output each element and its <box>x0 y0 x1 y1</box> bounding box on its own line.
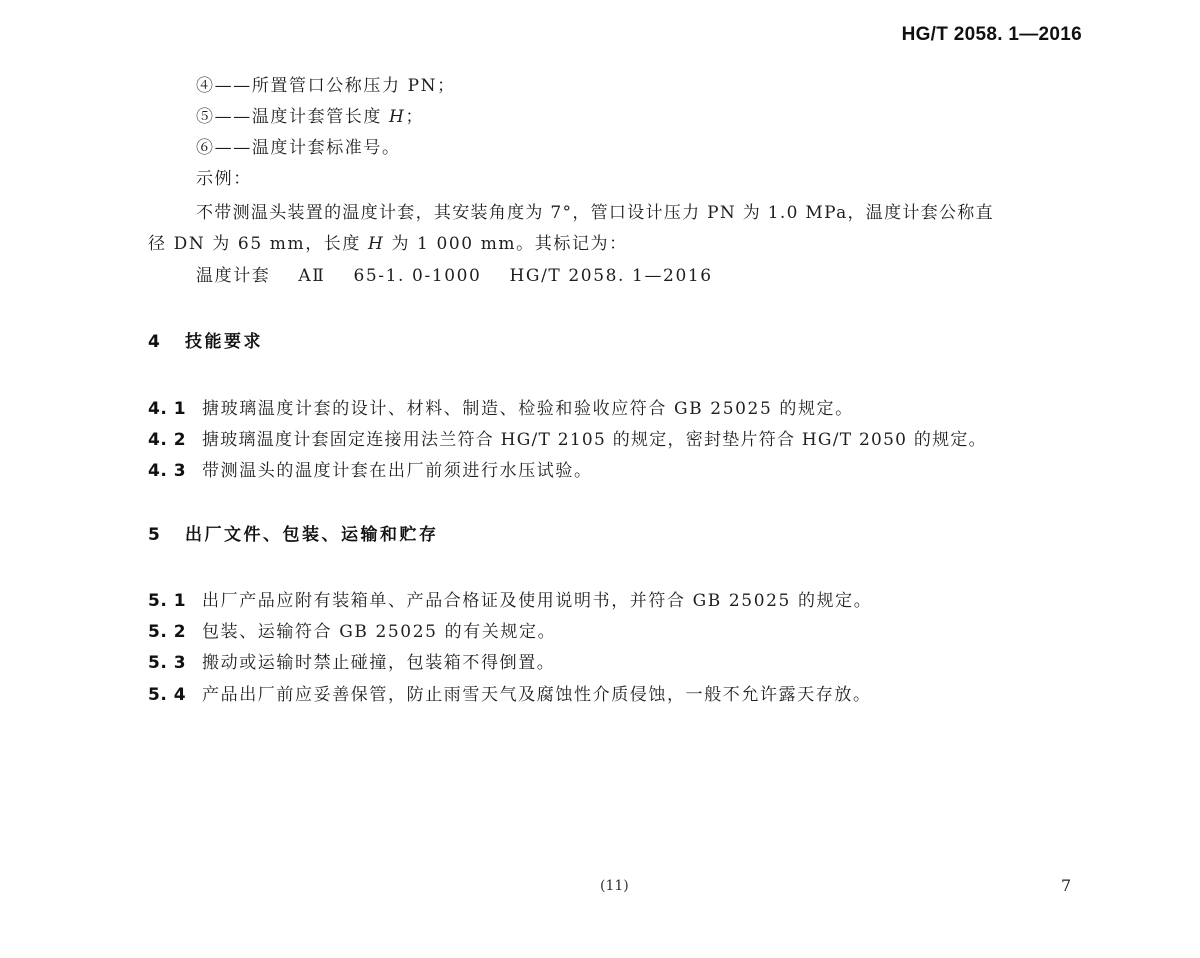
clause-number: 4. 2 <box>148 429 202 451</box>
section-number: 5 <box>148 524 185 546</box>
clause-number: 4. 3 <box>148 460 202 482</box>
clause-number: 4. 1 <box>148 398 202 420</box>
marking-type: AⅡ <box>298 265 325 287</box>
clause-4-1: 4. 1搪玻璃温度计套的设计、材料、制造、检验和验收应符合 GB 25025 的… <box>148 398 854 420</box>
legend-tail: ； <box>405 107 424 127</box>
legend-variable: H <box>389 107 405 127</box>
clause-4-2: 4. 2搪玻璃温度计套固定连接用法兰符合 HG/T 2105 的规定，密封垫片符… <box>148 429 987 451</box>
legend-marker: ④—— <box>196 76 252 96</box>
clause-number: 5. 4 <box>148 684 202 706</box>
clause-5-1: 5. 1出厂产品应附有装箱单、产品合格证及使用说明书，并符合 GB 25025 … <box>148 590 872 612</box>
section-title: 技能要求 <box>185 332 263 352</box>
clause-text: 包装、运输符合 GB 25025 的有关规定。 <box>202 622 556 642</box>
clause-text: 产品出厂前应妥善保管，防止雨雪天气及腐蚀性介质侵蚀，一般不允许露天存放。 <box>202 685 872 705</box>
example-line-2-post: 为 1 000 mm。其标记为： <box>384 234 627 254</box>
clause-text: 带测温头的温度计套在出厂前须进行水压试验。 <box>202 461 593 481</box>
clause-number: 5. 3 <box>148 652 202 674</box>
legend-marker: ⑤—— <box>196 107 252 127</box>
example-marking: 温度计套AⅡ65-1. 0-1000HG/T 2058. 1—2016 <box>196 265 713 287</box>
marking-name: 温度计套 <box>196 265 270 287</box>
clause-text: 搪玻璃温度计套固定连接用法兰符合 HG/T 2105 的规定，密封垫片符合 HG… <box>202 430 987 450</box>
example-line-2: 径 DN 为 65 mm，长度 H 为 1 000 mm。其标记为： <box>148 233 628 255</box>
legend-text: 温度计套管长度 <box>252 107 389 127</box>
clause-text: 搬动或运输时禁止碰撞，包装箱不得倒置。 <box>202 653 555 673</box>
sheet-number: (11) <box>600 878 629 894</box>
clause-5-2: 5. 2包装、运输符合 GB 25025 的有关规定。 <box>148 621 556 643</box>
section-heading-5: 5出厂文件、包装、运输和贮存 <box>148 524 439 546</box>
example-label: 示例： <box>196 168 252 190</box>
page-number: 7 <box>1061 876 1071 895</box>
section-heading-4: 4技能要求 <box>148 331 263 353</box>
clause-number: 5. 2 <box>148 621 202 643</box>
clause-5-3: 5. 3搬动或运输时禁止碰撞，包装箱不得倒置。 <box>148 652 555 674</box>
clause-5-4: 5. 4产品出厂前应妥善保管，防止雨雪天气及腐蚀性介质侵蚀，一般不允许露天存放。 <box>148 684 872 706</box>
clause-4-3: 4. 3带测温头的温度计套在出厂前须进行水压试验。 <box>148 460 593 482</box>
marking-standard: HG/T 2058. 1—2016 <box>509 266 712 286</box>
example-line-1: 不带测温头装置的温度计套，其安装角度为 7°，管口设计压力 PN 为 1.0 M… <box>196 202 994 224</box>
example-line-2-pre: 径 DN 为 65 mm，长度 <box>148 234 368 254</box>
legend-text: 温度计套标准号。 <box>252 138 401 158</box>
legend-text: 所置管口公称压力 PN； <box>252 76 456 96</box>
legend-item-4: ④——所置管口公称压力 PN； <box>196 75 456 97</box>
marking-spec: 65-1. 0-1000 <box>353 265 481 287</box>
legend-marker: ⑥—— <box>196 138 252 158</box>
legend-item-6: ⑥——温度计套标准号。 <box>196 137 401 159</box>
clause-text: 搪玻璃温度计套的设计、材料、制造、检验和验收应符合 GB 25025 的规定。 <box>202 399 854 419</box>
example-variable: H <box>368 234 384 254</box>
section-title: 出厂文件、包装、运输和贮存 <box>185 525 439 545</box>
standard-code-header: HG/T 2058. 1—2016 <box>902 24 1082 46</box>
legend-item-5: ⑤——温度计套管长度 H； <box>196 106 424 128</box>
document-page: HG/T 2058. 1—2016 ④——所置管口公称压力 PN； ⑤——温度计… <box>0 0 1200 958</box>
section-number: 4 <box>148 331 185 353</box>
clause-number: 5. 1 <box>148 590 202 612</box>
clause-text: 出厂产品应附有装箱单、产品合格证及使用说明书，并符合 GB 25025 的规定。 <box>202 591 872 611</box>
